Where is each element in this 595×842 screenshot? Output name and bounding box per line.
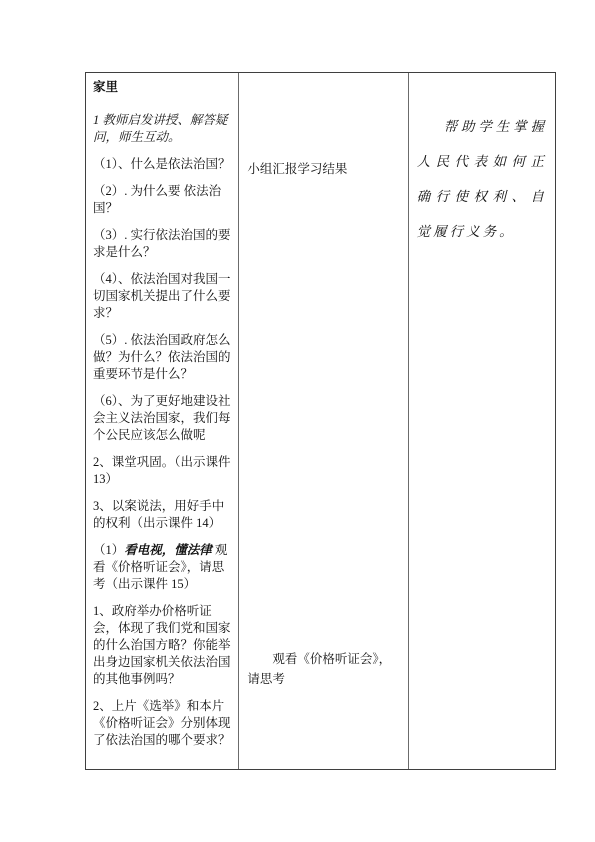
watch-hearing-note: 观看《价格听证会》，请思考	[247, 649, 401, 689]
section-heading: 家里	[93, 79, 232, 96]
teacher-activity-note: 1 教师启发讲授、解答疑问，师生互动。	[93, 112, 232, 146]
document-page: 家里 1 教师启发讲授、解答疑问，师生互动。 （1）、什么是依法治国？ （2）.…	[0, 0, 595, 842]
discussion-question-2: 2、上片《选举》和本片《价格听证会》分别体现了依法治国的哪个要求？	[93, 698, 232, 749]
lesson-plan-table: 家里 1 教师启发讲授、解答疑问，师生互动。 （1）、什么是依法治国？ （2）.…	[85, 72, 556, 770]
video-activity: （1）看电视，懂法律 观看《价格听证会》，请思考（出示课件 15）	[93, 542, 232, 593]
student-activity-column: 小组汇报学习结果 观看《价格听证会》，请思考	[239, 73, 408, 769]
activity-consolidation: 2、课堂巩固。（出示课件13）	[93, 454, 232, 488]
question-3: （3）. 实行依法治国的要求是什么？	[93, 227, 232, 261]
video-activity-prefix: （1）	[93, 543, 124, 557]
teaching-goal-note: 帮助学生掌握人民代表如何正确行使权利、自觉履行义务。	[417, 109, 547, 249]
question-1: （1）、什么是依法治国？	[93, 156, 232, 173]
question-6: （6）、为了更好地建设社会主义法治国家，我们每个公民应该怎么做呢	[93, 393, 232, 444]
design-intent-column: 帮助学生掌握人民代表如何正确行使权利、自觉履行义务。	[409, 73, 555, 769]
question-4: （4）、依法治国对我国一切国家机关提出了什么要求？	[93, 271, 232, 322]
question-2: （2）. 为什么要 依法治国？	[93, 183, 232, 217]
teaching-process-column: 家里 1 教师启发讲授、解答疑问，师生互动。 （1）、什么是依法治国？ （2）.…	[86, 73, 239, 769]
discussion-question-1: 1、政府举办价格听证会，体现了我们党和国家的什么治国方略？你能举出身边国家机关依…	[93, 603, 232, 688]
group-report-note: 小组汇报学习结果	[247, 161, 347, 178]
question-5: （5）. 依法治国政府怎么做？为什么？依法治国的重要环节是什么？	[93, 332, 232, 383]
activity-case-law: 3、以案说法，用好手中的权利（出示课件 14）	[93, 498, 232, 532]
video-activity-title: 看电视，懂法律	[124, 543, 212, 557]
